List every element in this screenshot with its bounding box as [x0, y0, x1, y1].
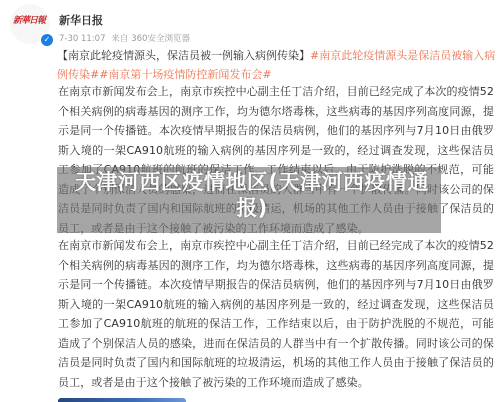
post-paragraph-2: 在南京市新闻发布会上，南京市疾控中心副主任丁洁介绍，目前已经完成了本次的疫情52… [58, 236, 494, 392]
blue-banner-edge[interactable] [58, 398, 186, 402]
author-name[interactable]: 新华日报 [59, 12, 103, 28]
verified-badge-icon: ✓ [40, 33, 54, 47]
post-source: 360安全浏览器 [131, 34, 190, 44]
headline-title: 【南京此轮疫情源头，保洁员被一例输入病例传染】 [57, 49, 310, 62]
overlay-title: 天津河西区疫情地区(天津河西疫情通报) [62, 169, 442, 221]
post-headline: 【南京此轮疫情源头，保洁员被一例输入病例传染】#南京此轮疫情源头是保洁员被输入病… [57, 46, 497, 84]
weibo-post: 新華日報 ··· ·· ·· ✓ 新华日报 7-30 11:07 来自360安全… [0, 0, 500, 402]
post-time[interactable]: 7-30 11:07 [59, 34, 106, 44]
avatar-logo: 新華日報 [13, 13, 49, 26]
source-prefix: 来自 [111, 34, 128, 44]
post-meta: 7-30 11:07 来自360安全浏览器 [59, 32, 193, 44]
avatar-subtext: ··· ·· ·· [18, 32, 36, 36]
